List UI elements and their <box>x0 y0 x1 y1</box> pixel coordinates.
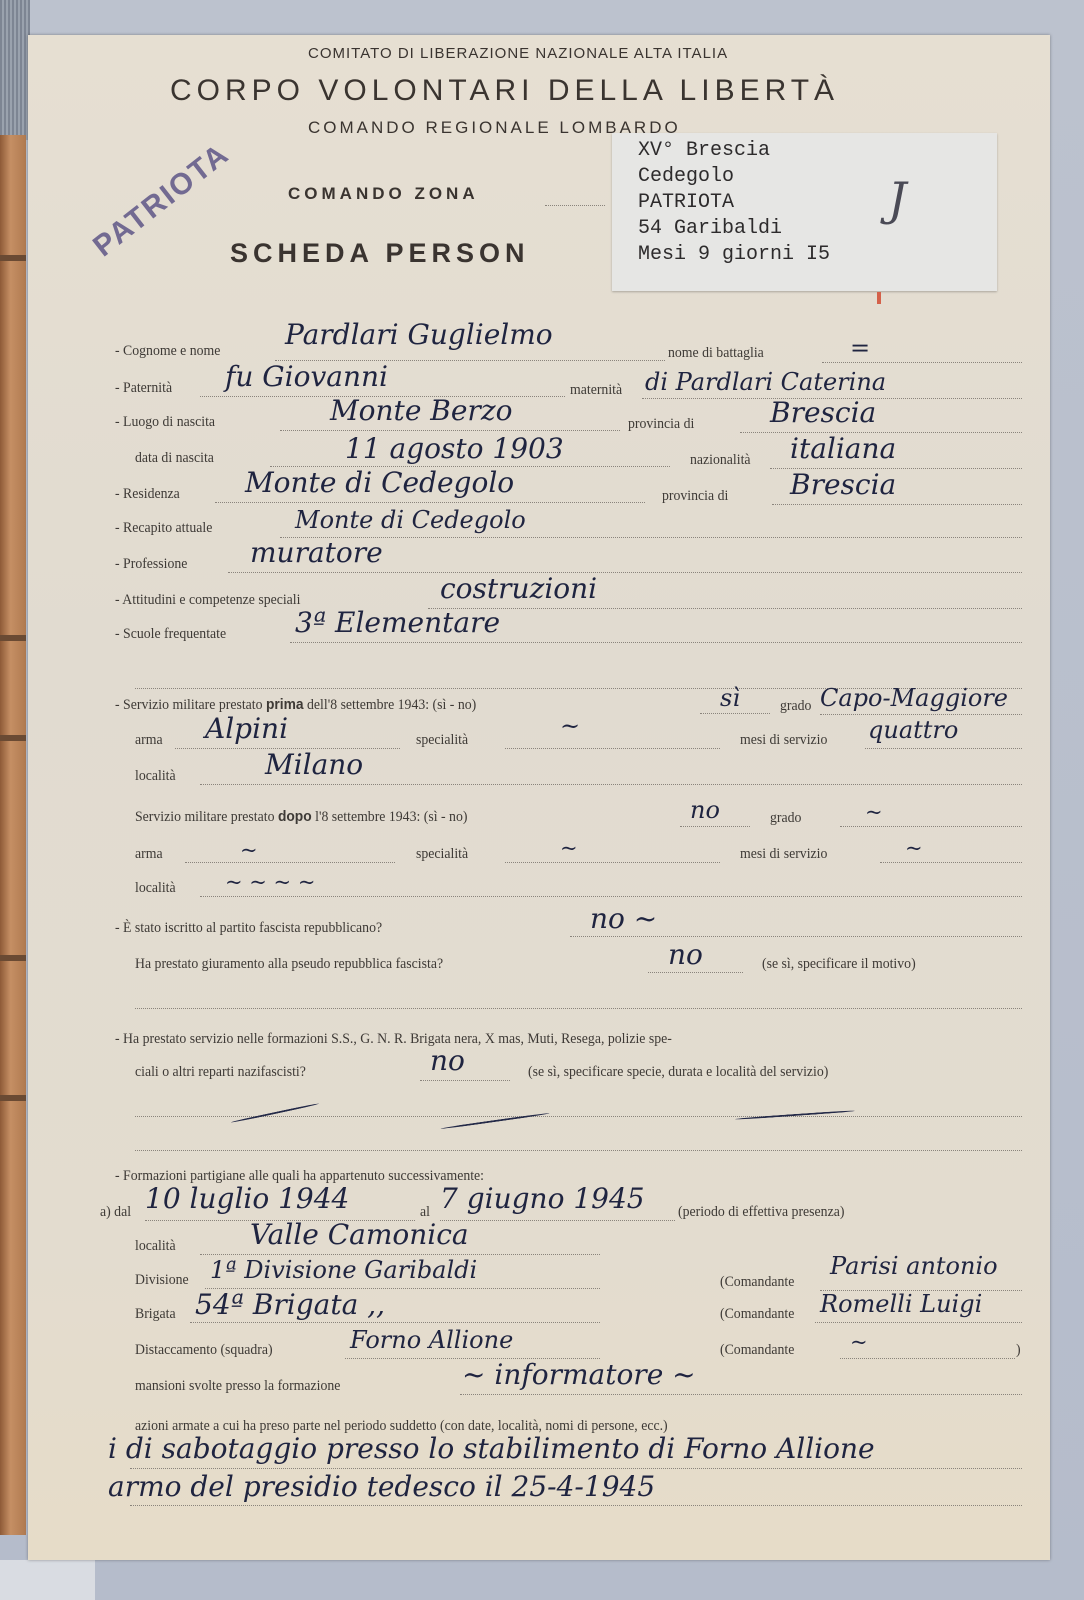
servizio-label-2: ciali o altri reparti nazifascisti? <box>135 1064 306 1081</box>
arma-before-value: Alpini <box>205 712 288 745</box>
recapito-value: Monte di Cedegolo <box>295 506 526 534</box>
al-value: 7 giugno 1945 <box>440 1182 645 1215</box>
nazionalita-label: nazionalità <box>690 452 751 469</box>
grado-after-label: grado <box>770 810 801 827</box>
localita-after-label: località <box>135 880 176 897</box>
mesi-after-value: ~ <box>905 836 923 860</box>
arma-after-label: arma <box>135 846 163 863</box>
residenza-value: Monte di Cedegolo <box>245 466 514 499</box>
grado-before-label: grado <box>780 698 811 715</box>
localita-partisan-value: Valle Camonica <box>250 1218 469 1251</box>
luogo-value: Monte Berzo <box>330 394 512 427</box>
data-nascita-label: data di nascita <box>135 450 214 467</box>
mansioni-label: mansioni svolte presso la formazione <box>135 1378 340 1395</box>
servizio-value: no <box>430 1044 465 1077</box>
giuramento-note: (se sì, specificare il motivo) <box>762 956 916 973</box>
specialita-after-label: specialità <box>416 846 468 863</box>
divisione-cmd-label: (Comandante <box>720 1274 794 1291</box>
document-title: SCHEDA PERSON <box>230 238 530 269</box>
provincia2-value: Brescia <box>790 468 896 501</box>
arma-after-value: ~ <box>240 838 258 862</box>
paternita-label: - Paternità <box>115 380 172 397</box>
localita-after-value: ~ ~ ~ ~ <box>225 870 315 894</box>
professione-value: muratore <box>250 536 383 569</box>
iscritto-label: - È stato iscritto al partito fascista r… <box>115 920 382 937</box>
slip-line: XV° Brescia <box>638 138 997 164</box>
data-nascita-value: 11 agosto 1903 <box>345 432 564 465</box>
brigata-cmd-label: (Comandante <box>720 1306 794 1323</box>
luogo-label: - Luogo di nascita <box>115 414 215 431</box>
professione-label: - Professione <box>115 556 187 573</box>
archive-slip: XV° Brescia Cedegolo PATRIOTA 54 Garibal… <box>612 133 997 291</box>
maternita-value: di Pardlari Caterina <box>645 368 886 396</box>
scuole-value: 3ª Elementare <box>295 606 500 639</box>
attitudini-value: costruzioni <box>440 572 597 605</box>
mesi-before-label: mesi di servizio <box>740 732 827 749</box>
header-zona: COMANDO ZONA <box>288 184 479 204</box>
dal-value: 10 luglio 1944 <box>145 1182 349 1215</box>
header-corps: CORPO VOLONTARI DELLA LIBERTÀ <box>170 74 839 108</box>
divisione-cmd-value: Parisi antonio <box>830 1252 998 1280</box>
recapito-label: - Recapito attuale <box>115 520 212 537</box>
specialita-after-value: ~ <box>560 836 578 860</box>
divisione-value: 1ª Divisione Garibaldi <box>210 1256 477 1284</box>
close-paren: ) <box>1016 1342 1021 1359</box>
brigata-value: 54ª Brigata ,, <box>195 1288 385 1321</box>
red-mark <box>877 292 881 304</box>
maternita-label: maternità <box>570 382 622 399</box>
cognome-label: - Cognome e nome <box>115 343 220 360</box>
giuramento-label: Ha prestato giuramento alla pseudo repub… <box>135 956 443 973</box>
battaglia-value: = <box>850 334 870 362</box>
military-before-label: - Servizio militare prestato prima dell'… <box>115 696 476 714</box>
binding-ribbon <box>0 0 30 140</box>
cognome-value: Pardlari Guglielmo <box>285 318 553 351</box>
distaccamento-cmd-value: ~ <box>850 1330 868 1354</box>
military-before-value: sì <box>720 684 740 712</box>
scuole-label: - Scuole frequentate <box>115 626 226 643</box>
residenza-label: - Residenza <box>115 486 180 503</box>
iscritto-value: no ~ <box>590 902 657 935</box>
distaccamento-label: Distaccamento (squadra) <box>135 1342 273 1359</box>
giuramento-value: no <box>668 938 703 971</box>
divisione-label: Divisione <box>135 1272 189 1289</box>
distaccamento-value: Forno Allione <box>350 1326 513 1354</box>
azioni-line-1: i di sabotaggio presso lo stabilimento d… <box>108 1432 875 1465</box>
specialita-before-value: ~ <box>560 712 580 740</box>
localita-before-label: località <box>135 768 176 785</box>
localita-partisan-label: località <box>135 1238 176 1255</box>
attitudini-label: - Attitudini e competenze speciali <box>115 592 300 609</box>
brigata-cmd-value: Romelli Luigi <box>820 1290 982 1318</box>
paternita-value: fu Giovanni <box>225 360 388 393</box>
slip-line: 54 Garibaldi <box>638 216 997 242</box>
slip-line: Cedegolo <box>638 164 997 190</box>
slip-initial: J <box>888 172 906 226</box>
azioni-line-2: armo del presidio tedesco il 25-4-1945 <box>108 1470 655 1503</box>
grado-before-value: Capo-Maggiore <box>820 684 1008 712</box>
nazionalita-value: italiana <box>790 432 896 465</box>
servizio-label-1: - Ha prestato servizio nelle formazioni … <box>115 1031 672 1048</box>
arma-before-label: arma <box>135 732 163 749</box>
provincia1-value: Brescia <box>770 396 876 429</box>
slip-line: Mesi 9 giorni I5 <box>638 242 997 268</box>
periodo-note: (periodo di effettiva presenza) <box>678 1204 844 1221</box>
binding-ribbon-bottom <box>0 1560 95 1600</box>
battaglia-label: nome di battaglia <box>668 345 764 362</box>
localita-before-value: Milano <box>265 748 363 781</box>
military-after-label: Servizio militare prestato dopo l'8 sett… <box>135 808 467 826</box>
servizio-note: (se sì, specificare specie, durata e loc… <box>528 1064 828 1081</box>
brigata-label: Brigata <box>135 1306 176 1323</box>
dal-label: a) dal <box>100 1204 131 1221</box>
book-spine <box>0 135 26 1535</box>
slip-line: PATRIOTA <box>638 190 997 216</box>
specialita-before-label: specialità <box>416 732 468 749</box>
mansioni-value: ~ informatore ~ <box>462 1358 696 1391</box>
provincia2-label: provincia di <box>662 488 728 505</box>
distaccamento-cmd-label: (Comandante <box>720 1342 794 1359</box>
mesi-after-label: mesi di servizio <box>740 846 827 863</box>
provincia1-label: provincia di <box>628 416 694 433</box>
grado-after-value: ~ <box>865 800 883 824</box>
header-committee: COMITATO DI LIBERAZIONE NAZIONALE ALTA I… <box>308 45 728 62</box>
mesi-before-value: quattro <box>868 716 958 744</box>
military-after-value: no <box>690 796 720 824</box>
